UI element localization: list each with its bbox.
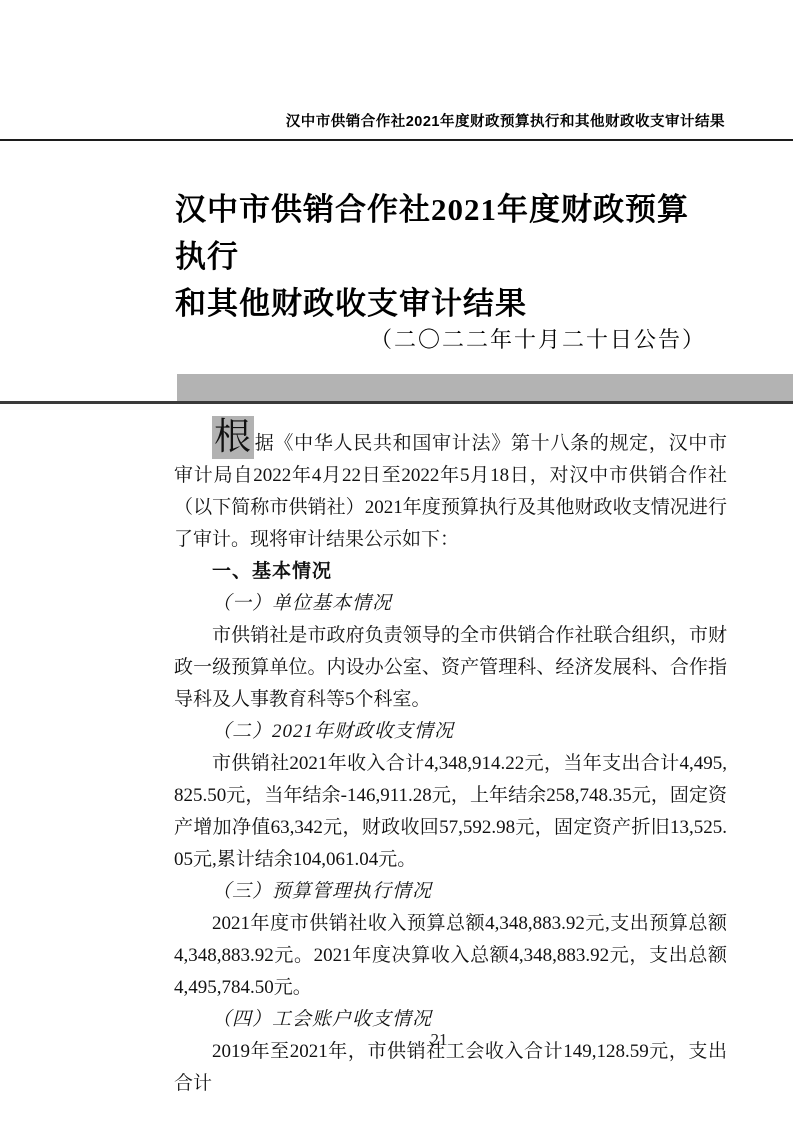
paragraph-unit-overview: 市供销社是市政府负责领导的全市供销合作社联合组织，市财政一级预算单位。内设办公室…: [174, 620, 727, 716]
running-header-title: 汉中市供销合作社2021年度财政预算执行和其他财政收支审计结果: [0, 113, 725, 131]
paragraph-budget-management: 2021年度市供销社收入预算总额4,348,883.92元,支出预算总额4,34…: [174, 908, 727, 1004]
publish-date-subtitle: （二〇二二年十月二十日公告）: [0, 325, 706, 355]
gray-accent-bar: [177, 374, 793, 401]
page-number: 21: [174, 1028, 704, 1052]
paragraph-fiscal-revenue-expenditure: 市供销社2021年收入合计4,348,914.22元，当年支出合计4,495,8…: [174, 748, 727, 876]
drop-cap: 根: [212, 416, 254, 459]
section-divider-rule: [0, 401, 793, 404]
page-title-line-1: 汉中市供销合作社2021年度财政预算执行: [175, 186, 720, 280]
intro-paragraph: 根据《中华人民共和国审计法》第十八条的规定，汉中市审计局自2022年4月22日至…: [174, 428, 727, 556]
document-body: 根据《中华人民共和国审计法》第十八条的规定，汉中市审计局自2022年4月22日至…: [174, 428, 727, 1100]
document-page: 汉中市供销合作社2021年度财政预算执行和其他财政收支审计结果 汉中市供销合作社…: [0, 0, 793, 1122]
intro-paragraph-text: 据《中华人民共和国审计法》第十八条的规定，汉中市审计局自2022年4月22日至2…: [174, 433, 727, 550]
section-heading-basic-situation: 一、基本情况: [174, 556, 727, 588]
subsection-heading-2: （二）2021年财政收支情况: [174, 716, 727, 748]
page-title: 汉中市供销合作社2021年度财政预算执行 和其他财政收支审计结果: [175, 186, 720, 327]
subsection-heading-1: （一）单位基本情况: [174, 588, 727, 620]
subsection-heading-3: （三）预算管理执行情况: [174, 876, 727, 908]
header-rule: [0, 139, 793, 141]
page-title-line-2: 和其他财政收支审计结果: [175, 280, 720, 327]
